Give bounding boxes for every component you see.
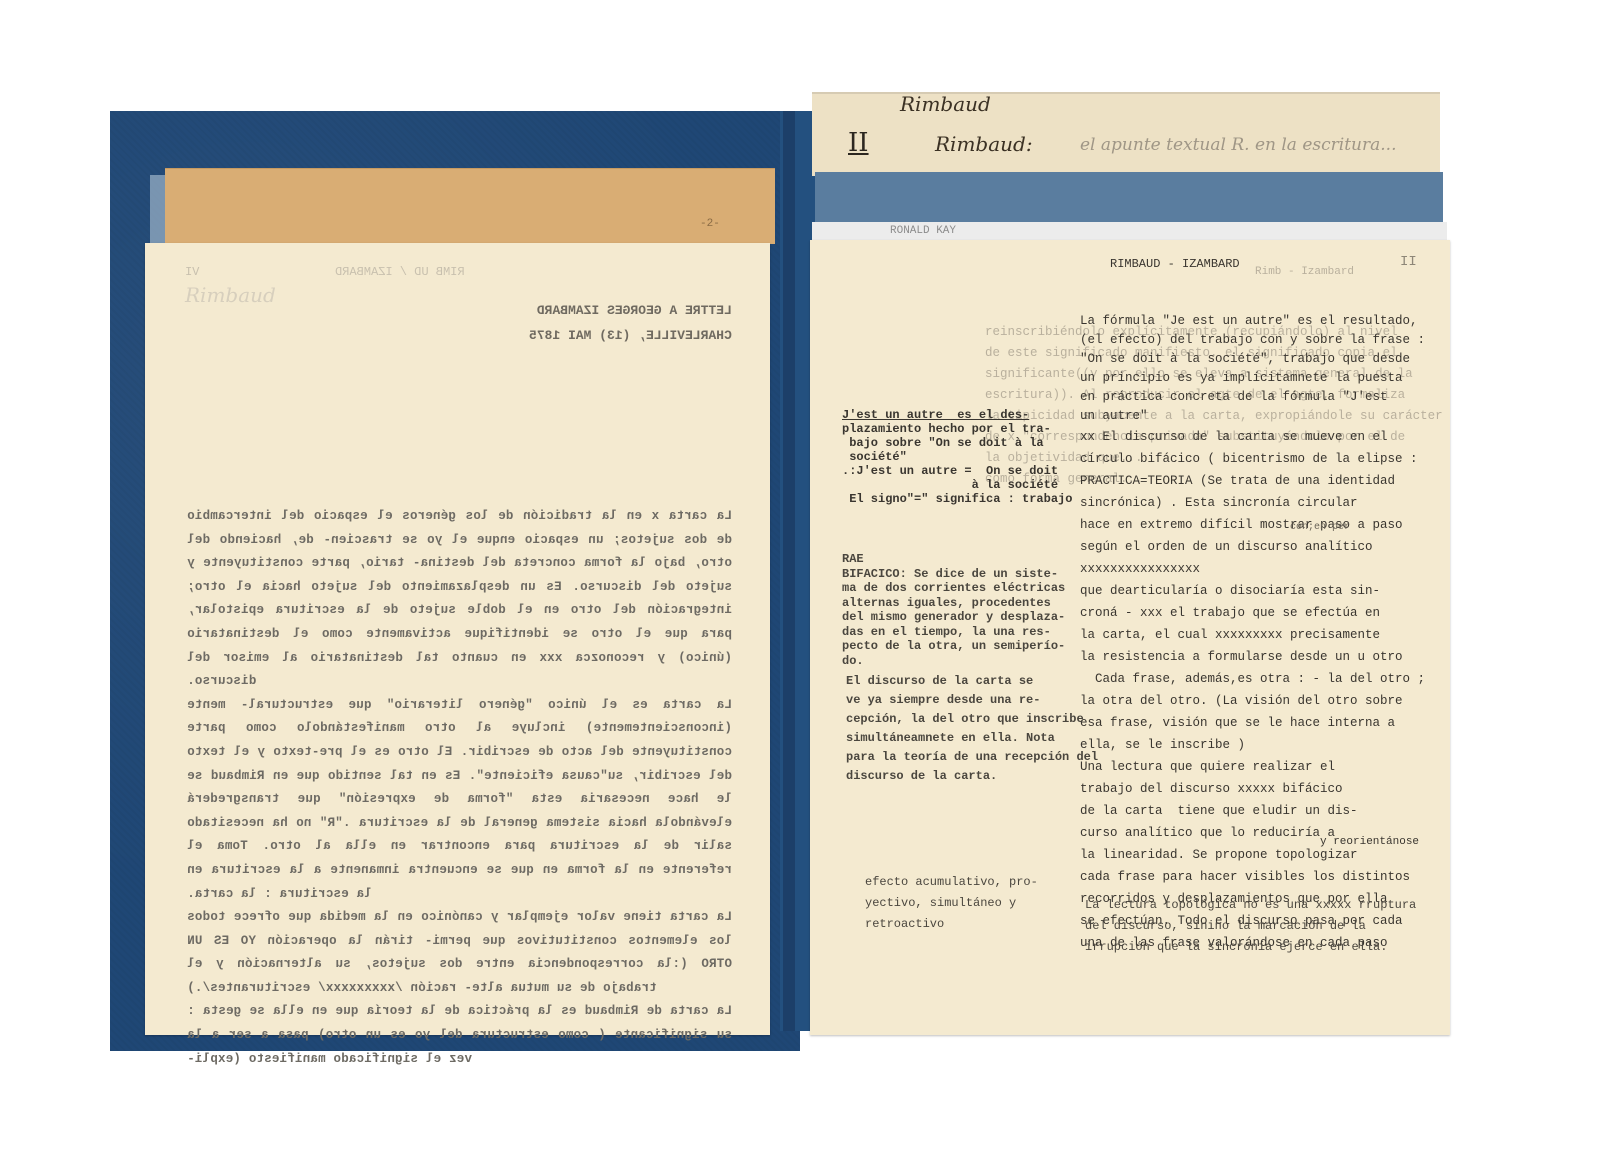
- text-line: El signo"=" significa : trabajo: [842, 492, 1072, 506]
- text-line: la otra del otro. (La visión del otro so…: [1080, 690, 1425, 712]
- paragraph: La carta x en la tradición de los género…: [187, 505, 732, 694]
- faint-header-center: RIMB UD / IZAMBARD: [335, 265, 465, 279]
- text-line: BIFACICO: Se dice de un siste-: [842, 567, 1065, 582]
- letter-title: LETTRE A GEORGES IZAMBARD CHARLEVILLE, (…: [529, 298, 732, 348]
- text-line: xxxxxxxxxxxxxxxx: [1080, 558, 1425, 580]
- text-line: ella, se le inscribe ): [1080, 734, 1425, 756]
- handwriting-label: Rimbaud:: [935, 132, 1033, 156]
- interlinear-note: y reorientánose: [1320, 836, 1419, 848]
- text-line: cada frase para hacer visibles los disti…: [1080, 866, 1425, 888]
- text-line: das en el tiempo, la una res-: [842, 625, 1065, 640]
- faint-header-left: VI: [185, 265, 199, 279]
- closing-paragraph: La lectura topológica no es una xxxxx rr…: [1085, 895, 1416, 958]
- text-line: hace en extremo difícil mostrar paso a p…: [1080, 514, 1425, 536]
- text-line: un principio es ya implícitamnete la pue…: [1080, 369, 1425, 388]
- text-line: plazamiento hecho por el tra-: [842, 422, 1072, 436]
- folder-spine-fold: [783, 111, 795, 1031]
- text-line: del mismo generador y desplaza-: [842, 610, 1065, 625]
- text-line: trabajo del discurso xxxxx bifácico: [1080, 778, 1425, 800]
- title-line: CHARLEVILLE, (13) MAI 1875: [529, 323, 732, 348]
- text-line: un autre": [1080, 407, 1425, 426]
- tan-sheet: [165, 168, 775, 244]
- text-line: pecto de la otra, un semiperío-: [842, 639, 1065, 654]
- author-name: RONALD KAY: [890, 225, 956, 237]
- text-line: xx El discurso de la carta se mueve en e…: [1080, 426, 1425, 448]
- text-line: para la teoría de una recepción del: [846, 748, 1098, 767]
- side-note-jest: J'est un autre es el des-plazamiento hec…: [842, 408, 1072, 506]
- text-line: del discurso, sinino la marcación de la: [1085, 916, 1416, 937]
- text-line: ma de dos corrientes eléctricas: [842, 581, 1065, 596]
- text-line: "On se doit à la société", trabajo que d…: [1080, 350, 1425, 369]
- text-line: simultáneamnete en ella. Nota: [846, 729, 1098, 748]
- text-line: RAE: [842, 552, 1065, 567]
- text-line: esa frase, visión que se le hace interna…: [1080, 712, 1425, 734]
- side-note-rae: RAEBIFACICO: Se dice de un siste-ma de d…: [842, 552, 1065, 668]
- blue-sheet: [815, 172, 1443, 222]
- text-line: cepción, la del otro que inscribe: [846, 710, 1098, 729]
- text-line: (el efecto) del trabajo con y sobre la f…: [1080, 331, 1425, 350]
- letter-body: La carta x en la tradición de los género…: [187, 505, 732, 1071]
- text-line: en práctica concreta de la fórmula "J'es…: [1080, 388, 1425, 407]
- paragraph: La carta tiene valor ejemplar y canónico…: [187, 906, 732, 1000]
- text-line: discurso de la carta.: [846, 767, 1098, 786]
- text-line: sincrónica) . Esta sincronía circular: [1080, 492, 1425, 514]
- text-line: bajo sobre "On se doit à la: [842, 436, 1072, 450]
- right-typescript-page: RIMBAUD - IZAMBARD Rimb - Izambard II re…: [810, 240, 1450, 1035]
- text-line: PRACTICA=TEORIA (Se trata de una identid…: [1080, 470, 1425, 492]
- text-line: que dearticularía o disociaría esta sin-: [1080, 580, 1425, 602]
- left-typescript-page: VI RIMB UD / IZAMBARD Rimbaud LETTRE A G…: [145, 243, 770, 1035]
- handwriting-top: Rimbaud: [900, 92, 991, 116]
- side-note-efecto: efecto acumulativo, pro-yectivo, simultá…: [865, 872, 1038, 935]
- roman-numeral: II: [848, 128, 869, 158]
- main-column: La fórmula "Je est un autre" es el resul…: [1080, 312, 1425, 954]
- text-line: según el orden de un discurso analítico: [1080, 536, 1425, 558]
- interlinear-note: con;en per: [1290, 522, 1350, 534]
- text-line: la resistencia a formularse desde un u o…: [1080, 646, 1425, 668]
- text-line: Una lectura que quiere realizar el: [1080, 756, 1425, 778]
- text-line: retroactivo: [865, 914, 1038, 935]
- text-line: J'est un autre es el des-: [842, 408, 1072, 422]
- side-note-recepcion: El discurso de la carta seve ya siempre …: [846, 672, 1098, 786]
- faint-handwritten-note: Rimbaud: [185, 283, 276, 307]
- text-line: círculo bifácico ( bicentrismo de la eli…: [1080, 448, 1425, 470]
- text-line: do.: [842, 654, 1065, 669]
- tan-sheet-page-number: -2-: [700, 218, 720, 230]
- text-line: à la société: [842, 478, 1072, 492]
- page-number: II: [1400, 252, 1417, 273]
- text-line: la carta, el cual xxxxxxxxx precisamente: [1080, 624, 1425, 646]
- paragraph: La carta de Rimbaud es la práctica de la…: [187, 1000, 732, 1071]
- text-line: ve ya siempre desde una re-: [846, 691, 1098, 710]
- title-line: LETTRE A GEORGES IZAMBARD: [529, 298, 732, 323]
- text-line: El discurso de la carta se: [846, 672, 1098, 691]
- text-line: La fórmula "Je est un autre" es el resul…: [1080, 312, 1425, 331]
- page-header: RIMBAUD - IZAMBARD: [1110, 254, 1240, 275]
- text-line: .:J'est un autre = On se doit: [842, 464, 1072, 478]
- text-line: La lectura topológica no es una xxxxx rr…: [1085, 895, 1416, 916]
- faint-handwriting: el apunte textual R. en la escritura...: [1080, 135, 1396, 155]
- text-line: Cada frase, además,es otra : - la del ot…: [1080, 668, 1425, 690]
- page-header-ghost: Rimb - Izambard: [1255, 262, 1354, 283]
- text-line: irrupción que la sincronía ejerce en ell…: [1085, 937, 1416, 958]
- text-line: de la carta tiene que eludir un dis-: [1080, 800, 1425, 822]
- text-line: alternas iguales, procedentes: [842, 596, 1065, 611]
- text-line: croná - xxx el trabajo que se efectúa en: [1080, 602, 1425, 624]
- text-line: société": [842, 450, 1072, 464]
- text-line: efecto acumulativo, pro-: [865, 872, 1038, 893]
- paragraph: La carta es el único "género literario" …: [187, 694, 732, 906]
- text-line: yectivo, simultáneo y: [865, 893, 1038, 914]
